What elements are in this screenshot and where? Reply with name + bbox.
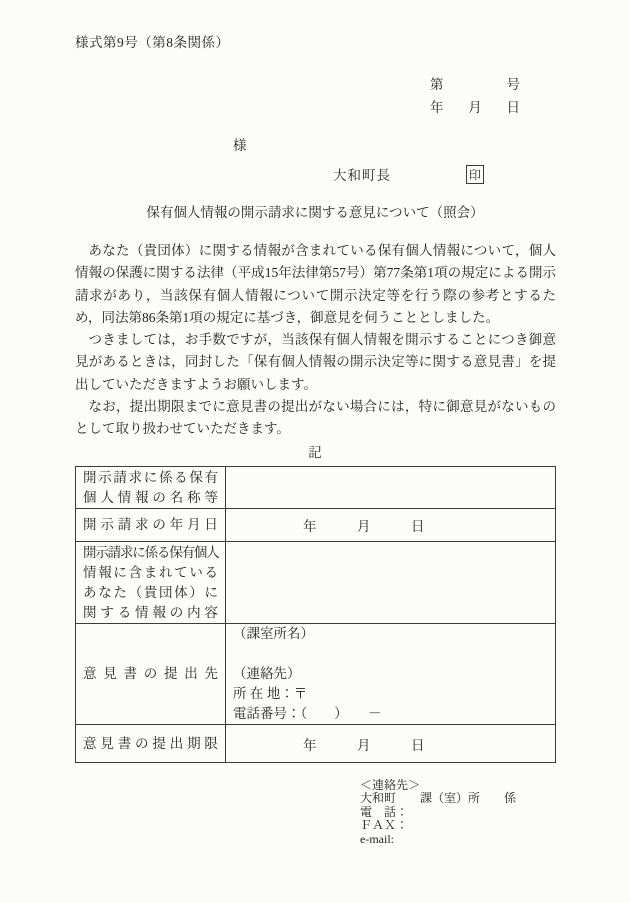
document-body: あなた（貴団体）に関する情報が含まれている保有個人情報について，個人情報の保護に…: [75, 240, 556, 441]
footer-office-line: 大和町 課（室）所 係: [360, 792, 516, 805]
footer-fax-label: ＦＡＸ：: [360, 819, 516, 832]
destination-contact-label: （連絡先）: [233, 664, 548, 684]
body-paragraph-2: つきましては，お手数ですが，当該保有個人情報を開示することにつき御意見があるとき…: [75, 329, 556, 396]
table-value-information-content: [226, 542, 556, 624]
table-value-submission-destination: （課室所名） （連絡先） 所 在 地：〒 電話番号：（ ） －: [226, 624, 556, 725]
body-paragraph-1: あなた（貴団体）に関する情報が含まれている保有個人情報について，個人情報の保護に…: [75, 240, 556, 329]
document-page: 様式第9号（第8条関係） 第 号 年 月 日 様 大和町長 印 保有個人情報の開…: [0, 0, 630, 903]
addressee-suffix: 様: [233, 134, 247, 154]
footer-email-label: e-mail:: [360, 833, 516, 846]
footer-tel-label: 電 話：: [360, 806, 516, 819]
table-value-information-name: [226, 467, 556, 509]
sender-title: 大和町長: [333, 164, 391, 184]
form-number: 様式第9号（第8条関係）: [75, 31, 230, 51]
table-label-submission-deadline: 意見書の提出期限: [76, 725, 226, 763]
table-row-information-name: 開示請求に係る保有 個人情報の名称等: [76, 467, 556, 509]
table-label-information-name: 開示請求に係る保有 個人情報の名称等: [76, 467, 226, 509]
destination-blank-line: [233, 644, 548, 664]
body-paragraph-3: なお，提出期限までに意見書の提出がない場合には，特に御意見がないものとして取り扱…: [75, 396, 556, 441]
seal-stamp-box: 印: [466, 165, 484, 184]
doc-number-suffix: 号: [507, 73, 521, 93]
table-label-information-content: 開示請求に係る保有個人 情報に含まれている あなた（貴団体）に 関する情報の内容: [76, 542, 226, 624]
table-value-request-date: 年 月 日: [226, 509, 556, 542]
date-month-label: 月: [468, 96, 482, 116]
document-title: 保有個人情報の開示請求に関する意見について（照会）: [0, 201, 630, 221]
table-label-request-date: 開示請求の年月日: [76, 509, 226, 542]
table-row-submission-destination: 意見書の提出先 （課室所名） （連絡先） 所 在 地：〒 電話番号：（ ） －: [76, 624, 556, 725]
table-label-submission-destination: 意見書の提出先: [76, 624, 226, 725]
destination-office-name-label: （課室所名）: [233, 624, 548, 644]
date-year-label: 年: [430, 96, 444, 116]
doc-number-prefix: 第: [430, 73, 444, 93]
table-row-submission-deadline: 意見書の提出期限 年 月 日: [76, 725, 556, 763]
document-number-line: 第 号: [430, 73, 520, 93]
footer-contact-block: ＜連絡先＞ 大和町 課（室）所 係 電 話： ＦＡＸ： e-mail:: [360, 779, 516, 846]
table-value-submission-deadline: 年 月 日: [226, 725, 556, 763]
destination-address-label: 所 在 地：〒: [233, 684, 548, 704]
inquiry-details-table: 開示請求に係る保有 個人情報の名称等 開示請求の年月日 年 月 日 開示請求に係…: [75, 466, 556, 763]
date-day-label: 日: [507, 96, 521, 116]
table-row-request-date: 開示請求の年月日 年 月 日: [76, 509, 556, 542]
section-marker-ki: 記: [0, 441, 630, 461]
document-date-line: 年 月 日: [430, 96, 520, 116]
table-row-information-content: 開示請求に係る保有個人 情報に含まれている あなた（貴団体）に 関する情報の内容: [76, 542, 556, 624]
destination-phone-label: 電話番号：（ ） －: [233, 704, 548, 724]
